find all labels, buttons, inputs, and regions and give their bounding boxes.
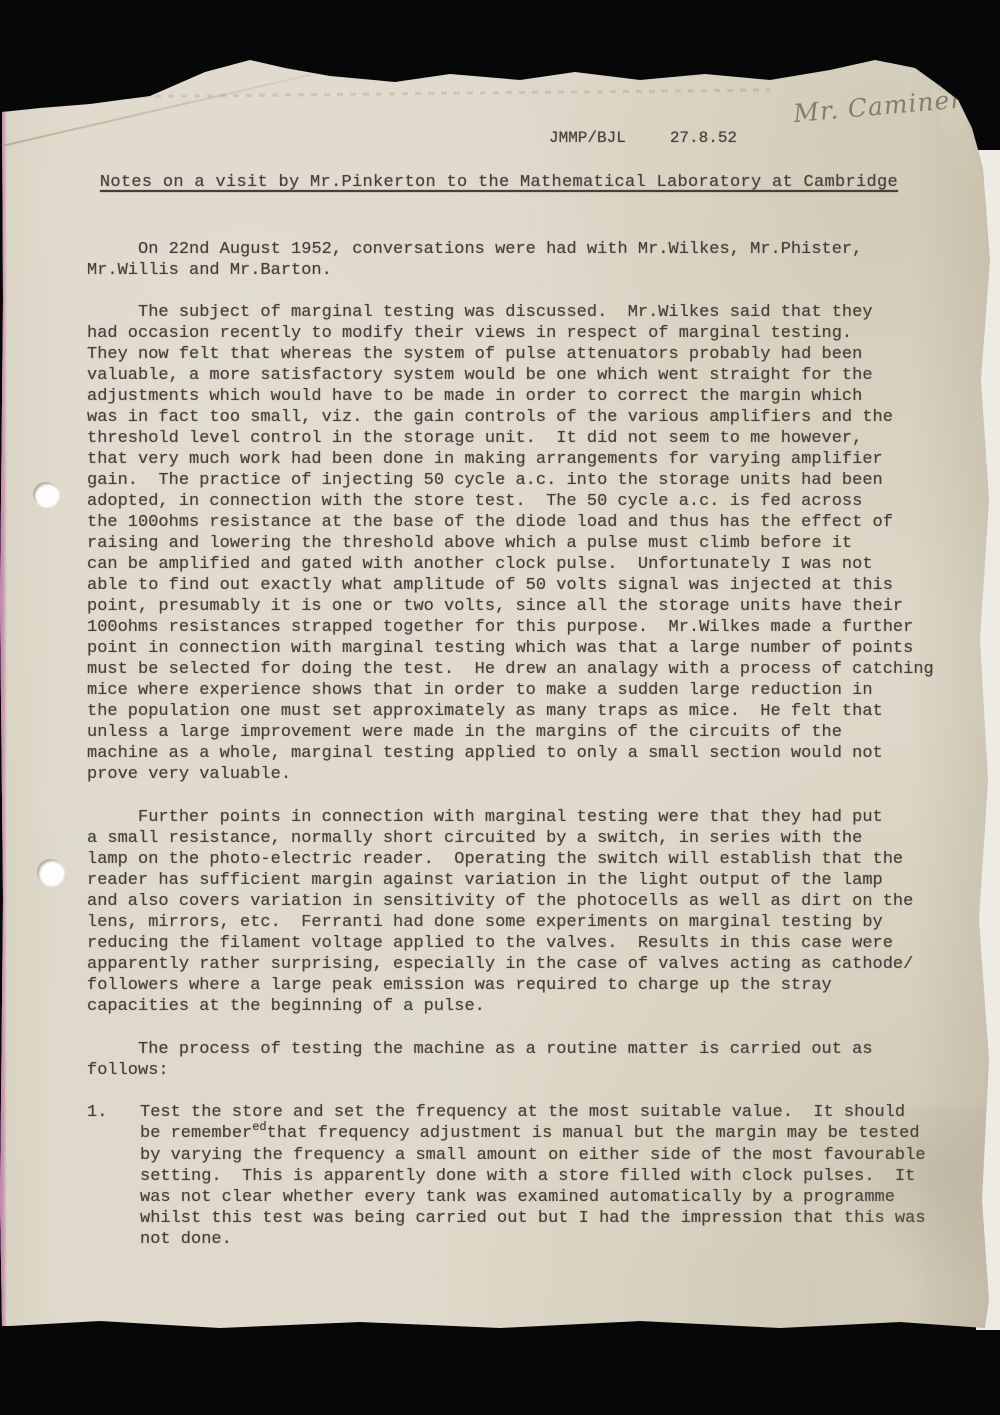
item-text-after-correction: that frequency adjustment is manual but …: [140, 1124, 926, 1249]
punch-hole-top: [33, 482, 59, 507]
paragraph-introduction: On 22nd August 1952, conversations were …: [87, 239, 960, 281]
paragraph-marginal-testing: The subject of marginal testing was disc…: [87, 302, 960, 785]
reference-code: JMMP/BJL: [549, 128, 626, 149]
document-date: 27.8.52: [670, 128, 737, 149]
paragraph-further-points: Further points in connection with margin…: [87, 807, 960, 1017]
typed-correction-superscript: ed: [252, 1120, 266, 1134]
paper-sheet: Mr. Caminer JMMP/BJL27.8.52 Notes on a v…: [0, 0, 1000, 1415]
item-number: 1.: [87, 1102, 140, 1250]
document-title: Notes on a visit by Mr.Pinkerton to the …: [81, 171, 917, 195]
paragraph-testing-process: The process of testing the machine as a …: [87, 1039, 960, 1081]
item-text: Test the store and set the frequency at …: [140, 1102, 960, 1250]
punch-hole-bottom: [37, 859, 64, 886]
reference-line: JMMP/BJL27.8.52: [549, 128, 960, 149]
scanned-page: Mr. Caminer JMMP/BJL27.8.52 Notes on a v…: [0, 0, 1000, 1415]
numbered-item-1: 1.Test the store and set the frequency a…: [87, 1102, 960, 1250]
document-content: JMMP/BJL27.8.52 Notes on a visit by Mr.P…: [0, 0, 1000, 1250]
scan-edge-tint: [0, 86, 7, 1328]
